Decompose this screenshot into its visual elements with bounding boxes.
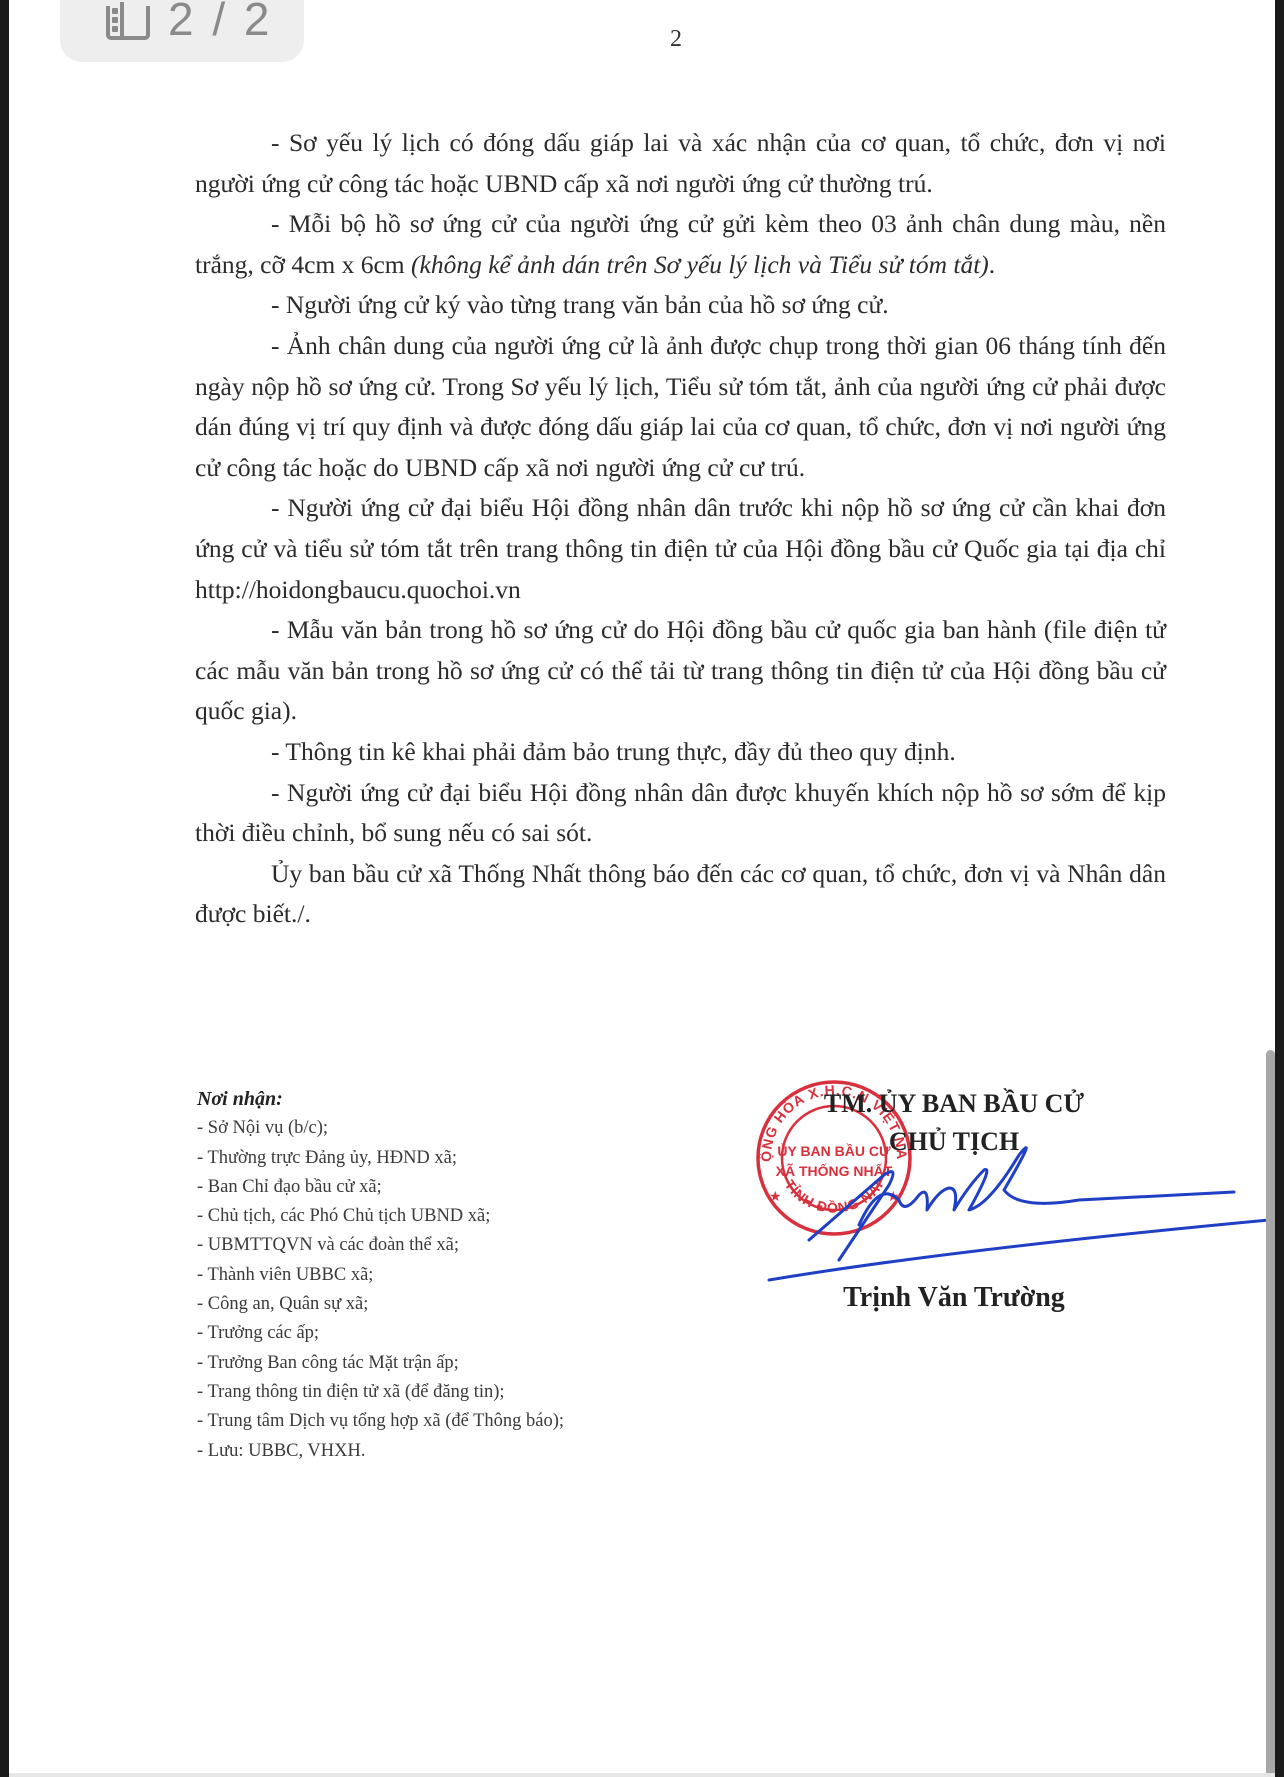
handwritten-signature-icon — [749, 1110, 1269, 1290]
vertical-scrollbar[interactable] — [1266, 1050, 1275, 1773]
paragraph: - Thông tin kê khai phải đảm bảo trung t… — [195, 732, 1166, 773]
recipient-item: - Trưởng Ban công tác Mặt trận ấp; — [197, 1349, 564, 1378]
paragraph: - Mỗi bộ hồ sơ ứng cử của người ứng cử g… — [195, 204, 1166, 285]
page-counter-label: 2 / 2 — [168, 0, 273, 46]
page-thumbnails-icon[interactable] — [106, 6, 150, 40]
page-counter-badge[interactable]: 2 / 2 — [60, 0, 304, 62]
document-viewer[interactable]: 2 / 2 2 - Sơ yếu lý lịch có đóng dấu giá… — [9, 0, 1275, 1773]
paragraph: - Người ứng cử đại biểu Hội đồng nhân dâ… — [195, 488, 1166, 610]
recipient-item: - Trung tâm Dịch vụ tổng hợp xã (để Thôn… — [197, 1407, 564, 1436]
recipient-item: - UBMTTQVN và các đoàn thể xã; — [197, 1231, 564, 1260]
closing-paragraph: Ủy ban bầu cử xã Thống Nhất thông báo đế… — [195, 854, 1166, 935]
viewer-bottom-edge — [9, 1773, 1275, 1777]
recipient-item: - Thành viên UBBC xã; — [197, 1261, 564, 1290]
recipients-heading: Nơi nhận: — [197, 1085, 564, 1114]
recipient-item: - Sở Nội vụ (b/c); — [197, 1114, 564, 1143]
paragraph: - Người ứng cử đại biểu Hội đồng nhân dâ… — [195, 773, 1166, 854]
recipient-item: - Ban Chỉ đạo bầu cử xã; — [197, 1173, 564, 1202]
recipient-item: - Chủ tịch, các Phó Chủ tịch UBND xã; — [197, 1202, 564, 1231]
paragraph: - Ảnh chân dung của người ứng cử là ảnh … — [195, 326, 1166, 488]
recipients-list: Nơi nhận: - Sở Nội vụ (b/c); - Thường tr… — [197, 1085, 564, 1466]
recipient-item: - Trưởng các ấp; — [197, 1319, 564, 1348]
recipient-item: - Thường trực Đảng ủy, HĐND xã; — [197, 1144, 564, 1173]
recipient-item: - Công an, Quân sự xã; — [197, 1290, 564, 1319]
recipient-item: - Lưu: UBBC, VHXH. — [197, 1437, 564, 1466]
page-number: 2 — [670, 26, 682, 53]
paragraph: - Người ứng cử ký vào từng trang văn bản… — [195, 285, 1166, 326]
recipient-item: - Trang thông tin điện tử xã (để đăng ti… — [197, 1378, 564, 1407]
paragraph: - Sơ yếu lý lịch có đóng dấu giáp lai và… — [195, 123, 1166, 204]
paragraph: - Mẫu văn bản trong hồ sơ ứng cử do Hội … — [195, 610, 1166, 732]
document-body: - Sơ yếu lý lịch có đóng dấu giáp lai và… — [195, 123, 1166, 935]
